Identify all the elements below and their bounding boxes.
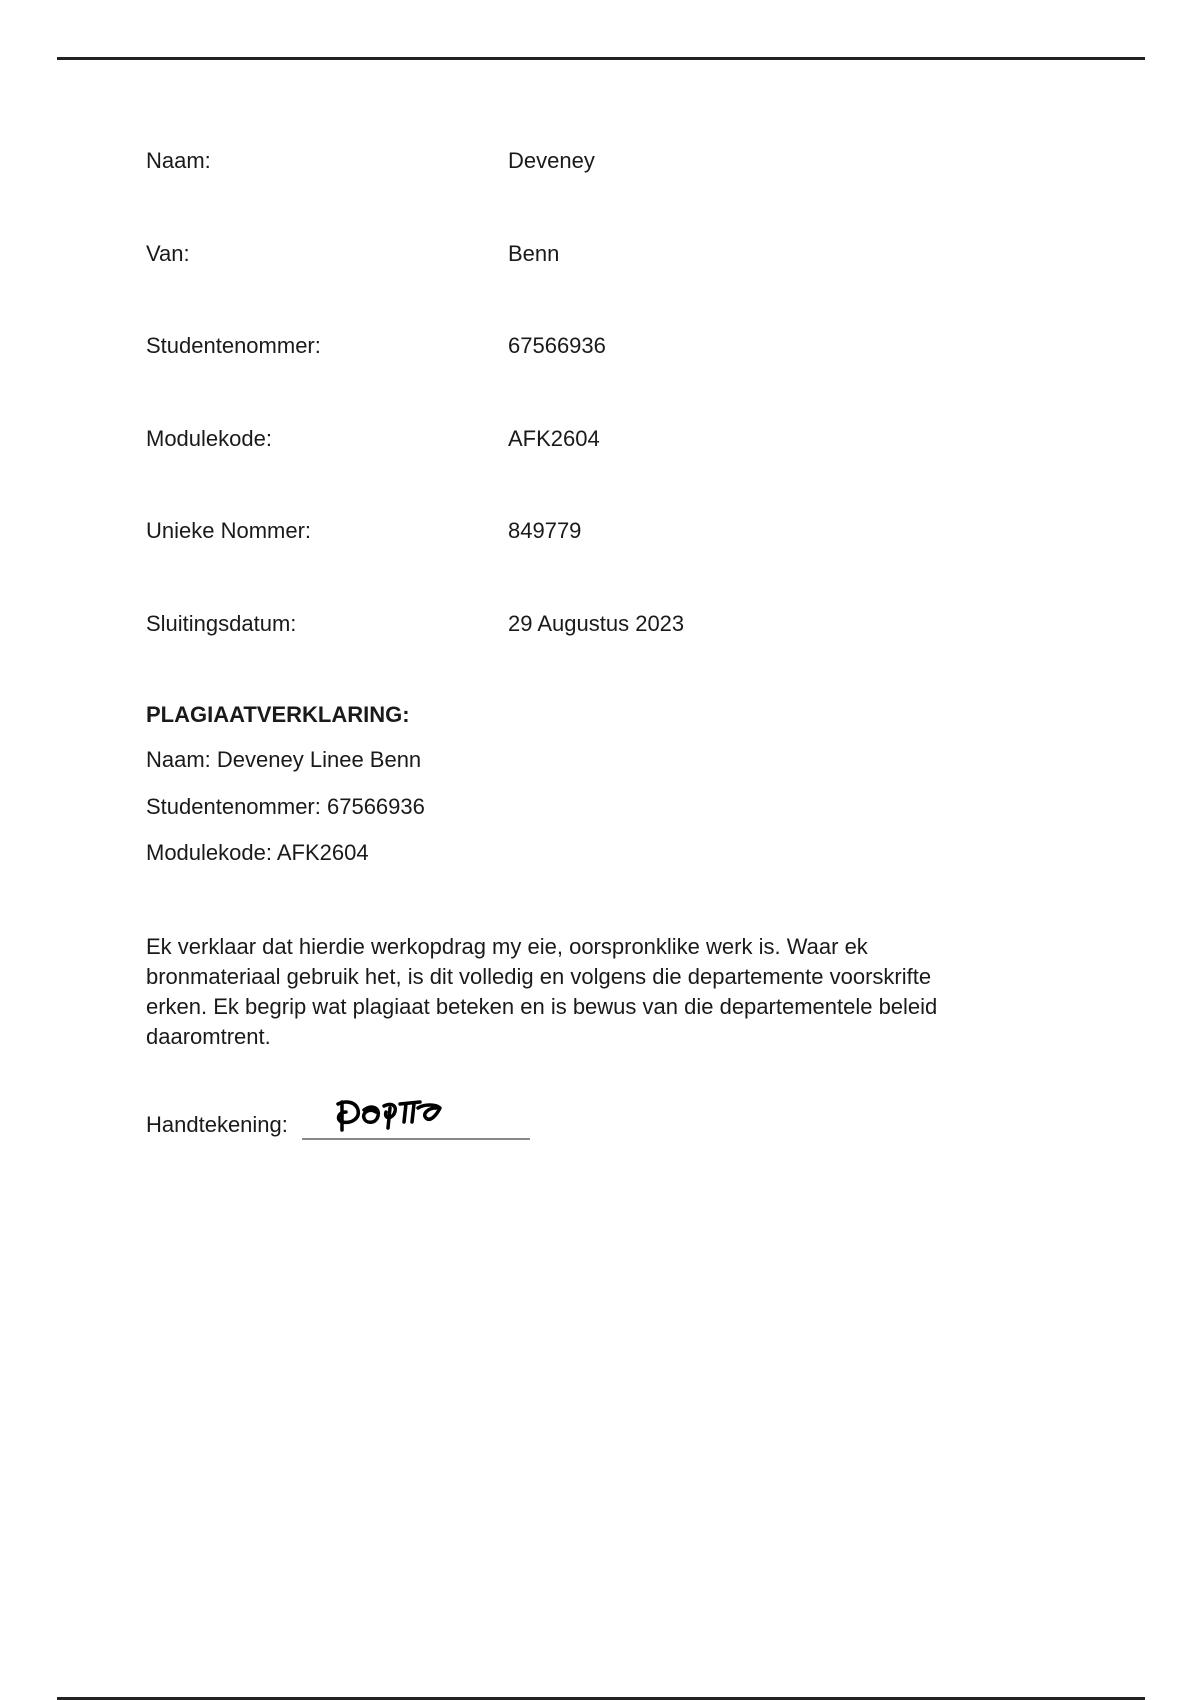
declaration-student-number: Studentenommer: 67566936 [146,794,425,820]
field-value: 29 Augustus 2023 [508,611,684,637]
field-value: Benn [508,241,559,267]
field-value: 67566936 [508,333,606,359]
field-value: 849779 [508,518,581,544]
paragraph-line: erken. Ek begrip wat plagiaat beteken en… [146,992,1046,1022]
field-label: Studentenommer: [146,333,321,359]
field-label: Naam: [146,148,211,174]
declaration-heading: PLAGIAATVERKLARING: [146,702,410,728]
paragraph-line: bronmateriaal gebruik het, is dit volled… [146,962,1046,992]
field-label: Modulekode: [146,426,272,452]
paragraph-line: daaromtrent. [146,1022,1046,1052]
paragraph-line: Ek verklaar dat hierdie werkopdrag my ei… [146,932,1046,962]
signature-label: Handtekening: [146,1112,288,1137]
declaration-name: Naam: Deveney Linee Benn [146,747,421,773]
signature-row: Handtekening: [146,1112,288,1138]
field-label: Sluitingsdatum: [146,611,296,637]
field-label: Unieke Nommer: [146,518,311,544]
field-value: Deveney [508,148,595,174]
field-label: Van: [146,241,190,267]
signature-line [302,1138,530,1140]
declaration-paragraph: Ek verklaar dat hierdie werkopdrag my ei… [146,932,1046,1052]
top-divider [57,57,1145,60]
declaration-module-code: Modulekode: AFK2604 [146,840,369,866]
handwritten-signature-icon [332,1096,444,1136]
field-value: AFK2604 [508,426,600,452]
